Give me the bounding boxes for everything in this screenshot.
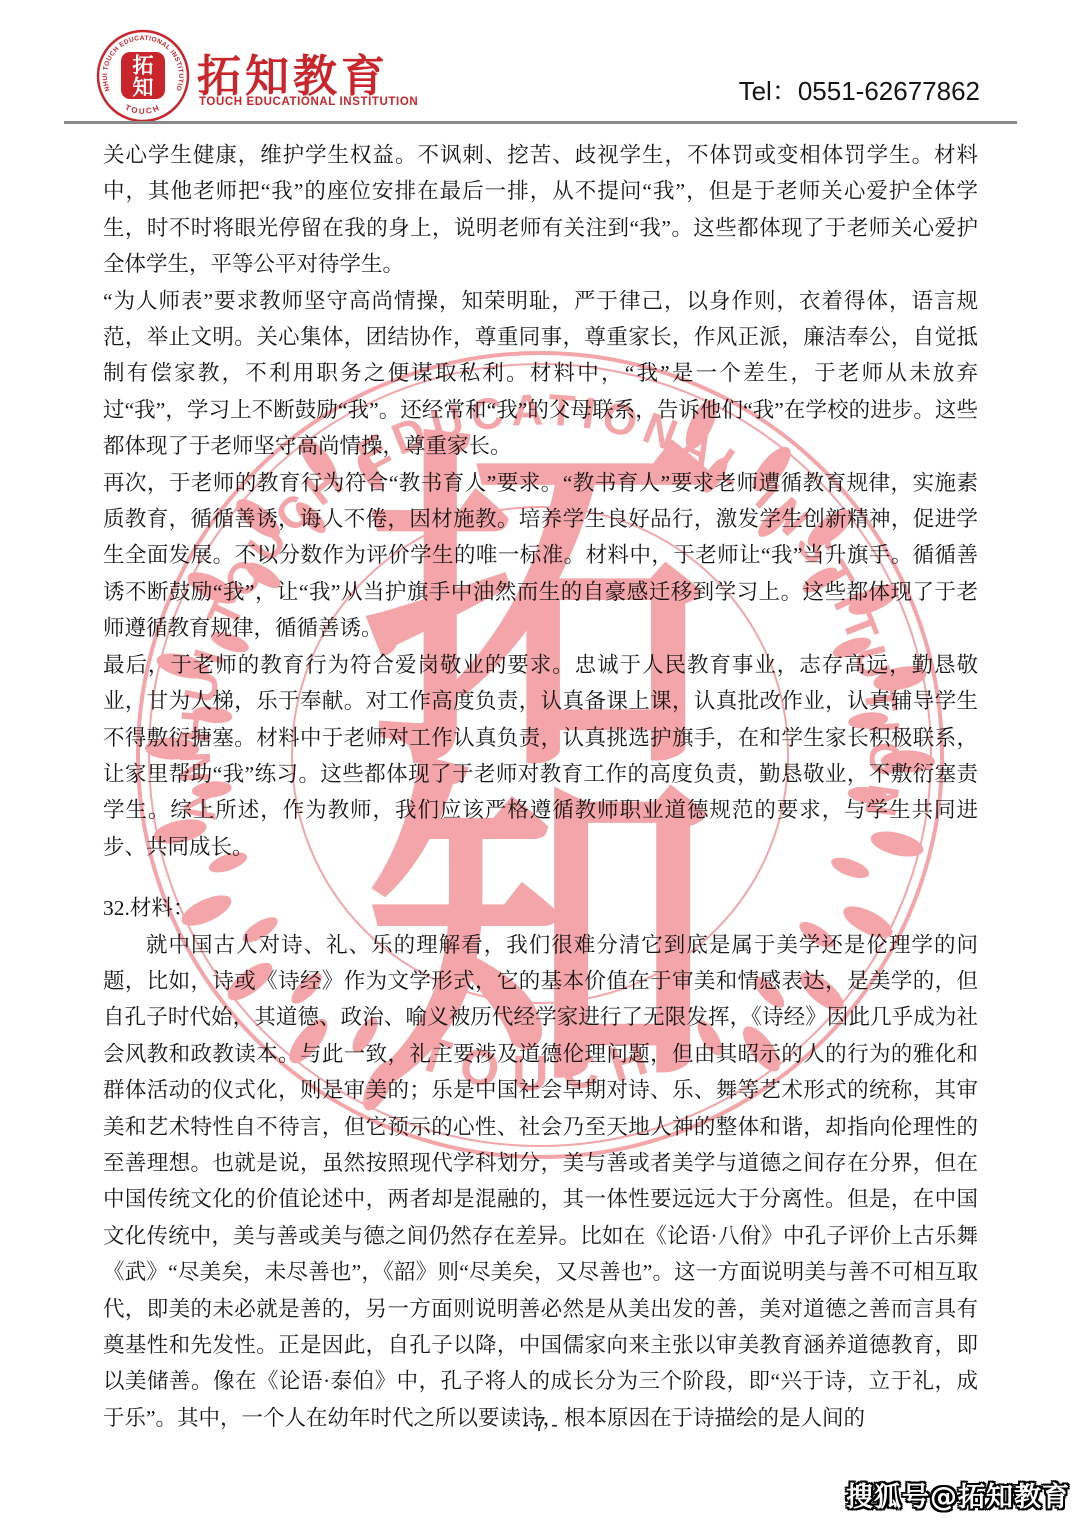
seal-char-top: 拓 — [133, 54, 154, 78]
seal-char-bottom: 知 — [133, 76, 154, 100]
brand-seal-icon: ANHUI TOUCH EDUCATIONAL INSTITUTION TOUC… — [96, 29, 190, 123]
sohu-watermark-badge: 搜狐号@拓知教育 — [846, 1475, 1070, 1514]
paragraph: “为人师表”要求教师坚守高尚情操，知荣明耻，严于律己，以身作则，衣着得体，语言规… — [103, 283, 978, 465]
material-paragraph: 就中国古人对诗、礼、乐的理解看，我们很难分清它到底是属于美学还是伦理学的问题，比… — [103, 927, 978, 1437]
page-number: - 7 - — [0, 1414, 1080, 1437]
document-body: 关心学生健康，维护学生权益。不讽刺、挖苦、歧视学生，不体罚或变相体罚学生。材料中… — [103, 137, 978, 1436]
section-label: 32.材料： — [103, 890, 978, 926]
paragraph: 关心学生健康，维护学生权益。不讽刺、挖苦、歧视学生，不体罚或变相体罚学生。材料中… — [103, 137, 978, 283]
header-rule — [64, 121, 1017, 124]
document-page: 拓 知 ANHUI TOUCH EDUCATIONAL INSTITUTION … — [0, 0, 1080, 1527]
brand-name-cn: 拓知教育 — [197, 40, 389, 104]
header-phone: Tel：0551-62677862 — [739, 71, 980, 108]
paragraph: 再次，于老师的教育行为符合“教书育人”要求。“教书育人”要求老师遭循教育规律，实… — [103, 465, 978, 647]
brand-name-en: TOUCH EDUCATIONAL INSTITUTION — [199, 96, 418, 108]
paragraph: 最后，于老师的教育行为符合爱岗敬业的要求。忠诚于人民教育事业，志存高远，勤恳敬业… — [103, 647, 978, 865]
